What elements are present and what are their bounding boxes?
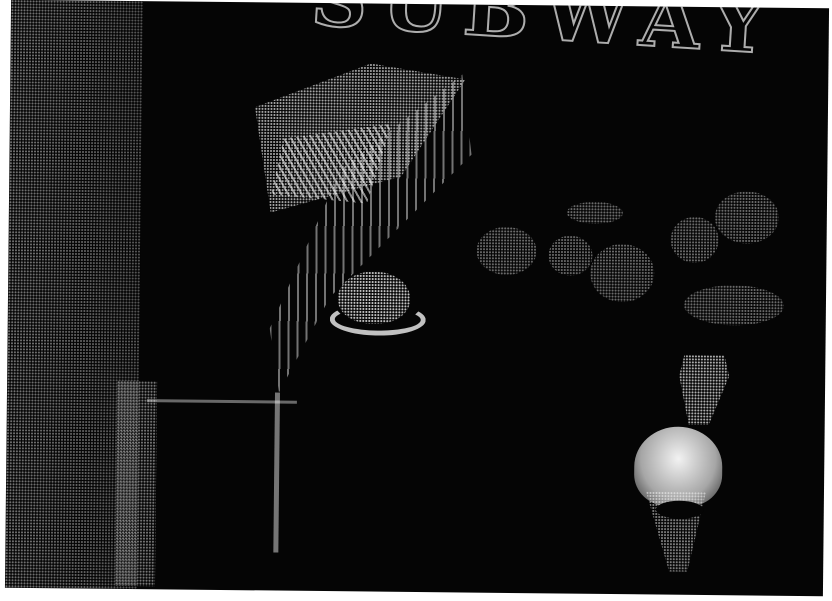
subway-sign: SUBWAY	[309, 0, 794, 73]
railing-post	[273, 393, 280, 553]
crowd-head	[684, 285, 784, 326]
foreground-collar	[679, 355, 730, 426]
crowd-head	[715, 191, 780, 244]
crowd-head	[590, 244, 655, 303]
photograph: SUBWAY	[5, 0, 829, 596]
crowd-head	[476, 227, 536, 276]
crowd-head	[567, 202, 623, 225]
hat-shadow	[656, 501, 704, 520]
crowd-head	[670, 217, 718, 264]
crowd-head	[548, 235, 592, 275]
hat-brim	[330, 303, 426, 336]
left-stair-wall-edge	[115, 381, 157, 586]
